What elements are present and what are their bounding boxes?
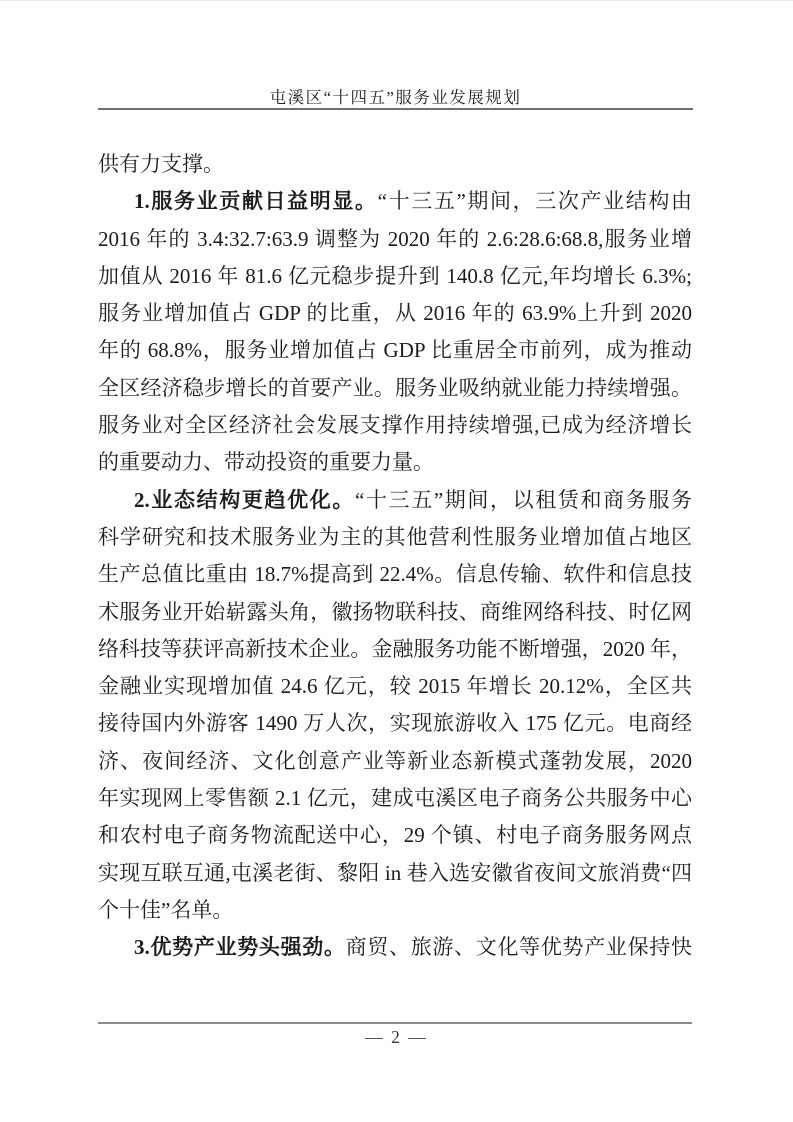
body-text: 供有力支撑。1.服务业贡献日益明显。“十三五”期间，三次产业结构由2016 年的… xyxy=(98,146,692,967)
line-text: 服务业对全区经济社会发展支撑作用持续增强,已成为经济增长 xyxy=(98,413,692,437)
line-text: 年实现网上零售额 2.1 亿元，建成屯溪区电子商务公共服务中心 xyxy=(98,786,692,810)
paragraph-heading: 3.优势产业势头强劲。 xyxy=(134,935,346,959)
document-page: 屯溪区“十四五”服务业发展规划 供有力支撑。1.服务业贡献日益明显。“十三五”期… xyxy=(0,0,793,1122)
text-line: 年的 68.8%，服务业增加值占 GDP 比重居全市前列，成为推动 xyxy=(98,332,692,369)
text-line: 个十佳”名单。 xyxy=(98,892,692,929)
text-line: 的重要动力、带动投资的重要力量。 xyxy=(98,444,692,481)
text-line: 加值从 2016 年 81.6 亿元稳步提升到 140.8 亿元,年均增长 6.… xyxy=(98,258,692,295)
line-text: 生产总值比重由 18.7%提高到 22.4%。信息传输、软件和信息技 xyxy=(98,562,692,586)
text-line: 术服务业开始崭露头角，徽扬物联科技、商维网络科技、时亿网 xyxy=(98,594,692,631)
line-text: 金融业实现增加值 24.6 亿元，较 2015 年增长 20.12%，全区共 xyxy=(98,674,692,698)
text-line: 服务业增加值占 GDP 的比重，从 2016 年的 63.9%上升到 2020 xyxy=(98,295,692,332)
header-title: 屯溪区“十四五”服务业发展规划 xyxy=(98,84,693,108)
line-text: 实现互联互通,屯溪老街、黎阳 in 巷入选安徽省夜间文旅消费“四 xyxy=(98,861,692,885)
line-text: 2016 年的 3.4:32.7:63.9 调整为 2020 年的 2.6:28… xyxy=(98,227,692,251)
line-text: 接待国内外游客 1490 万人次，实现旅游收入 175 亿元。电商经 xyxy=(98,711,692,735)
line-text: 术服务业开始崭露头角，徽扬物联科技、商维网络科技、时亿网 xyxy=(98,600,692,624)
text-line: 年实现网上零售额 2.1 亿元，建成屯溪区电子商务公共服务中心 xyxy=(98,780,692,817)
line-text: 和农村电子商务物流配送中心，29 个镇、村电子商务服务网点 xyxy=(98,823,692,847)
text-line: 和农村电子商务物流配送中心，29 个镇、村电子商务服务网点 xyxy=(98,817,692,854)
line-text: 济、夜间经济、文化创意产业等新业态新模式蓬勃发展，2020 xyxy=(98,749,692,773)
line-text: 年的 68.8%，服务业增加值占 GDP 比重居全市前列，成为推动 xyxy=(98,338,692,362)
text-line: 3.优势产业势头强劲。商贸、旅游、文化等优势产业保持快 xyxy=(98,929,692,966)
line-text: 商贸、旅游、文化等优势产业保持快 xyxy=(346,935,692,959)
line-text: 的重要动力、带动投资的重要力量。 xyxy=(98,450,434,474)
text-line: 络科技等获评高新技术企业。金融服务功能不断增强，2020 年， xyxy=(98,631,692,668)
text-line: 2.业态结构更趋优化。“十三五”期间，以租赁和商务服务业、 xyxy=(98,482,692,519)
line-text: 全区经济稳步增长的首要产业。服务业吸纳就业能力持续增强。 xyxy=(98,376,692,400)
text-line: 济、夜间经济、文化创意产业等新业态新模式蓬勃发展，2020 xyxy=(98,743,692,780)
text-line: 生产总值比重由 18.7%提高到 22.4%。信息传输、软件和信息技 xyxy=(98,556,692,593)
text-line: 科学研究和技术服务业为主的其他营利性服务业增加值占地区 xyxy=(98,519,692,556)
text-line: 2016 年的 3.4:32.7:63.9 调整为 2020 年的 2.6:28… xyxy=(98,221,692,258)
line-text: 个十佳”名单。 xyxy=(98,898,233,922)
line-text: 供有力支撑。 xyxy=(98,152,224,176)
line-text: 加值从 2016 年 81.6 亿元稳步提升到 140.8 亿元,年均增长 6.… xyxy=(98,264,692,288)
line-text: 科学研究和技术服务业为主的其他营利性服务业增加值占地区 xyxy=(98,525,692,549)
paragraph-heading: 2.业态结构更趋优化。 xyxy=(134,488,355,512)
text-line: 1.服务业贡献日益明显。“十三五”期间，三次产业结构由 xyxy=(98,183,692,220)
text-line: 接待国内外游客 1490 万人次，实现旅游收入 175 亿元。电商经 xyxy=(98,705,692,742)
line-text: 络科技等获评高新技术企业。金融服务功能不断增强，2020 年， xyxy=(98,637,692,661)
text-line: 金融业实现增加值 24.6 亿元，较 2015 年增长 20.12%，全区共 xyxy=(98,668,692,705)
line-text: “十三五”期间，三次产业结构由 xyxy=(378,189,692,213)
header-rule xyxy=(98,108,693,110)
line-text: 服务业增加值占 GDP 的比重，从 2016 年的 63.9%上升到 2020 xyxy=(98,301,692,325)
page-number: — 2 — xyxy=(0,1027,793,1048)
footer-rule xyxy=(98,1022,692,1024)
paragraph-heading: 1.服务业贡献日益明显。 xyxy=(134,189,378,213)
text-line: 实现互联互通,屯溪老街、黎阳 in 巷入选安徽省夜间文旅消费“四 xyxy=(98,855,692,892)
text-line: 供有力支撑。 xyxy=(98,146,692,183)
text-line: 全区经济稳步增长的首要产业。服务业吸纳就业能力持续增强。 xyxy=(98,370,692,407)
text-line: 服务业对全区经济社会发展支撑作用持续增强,已成为经济增长 xyxy=(98,407,692,444)
